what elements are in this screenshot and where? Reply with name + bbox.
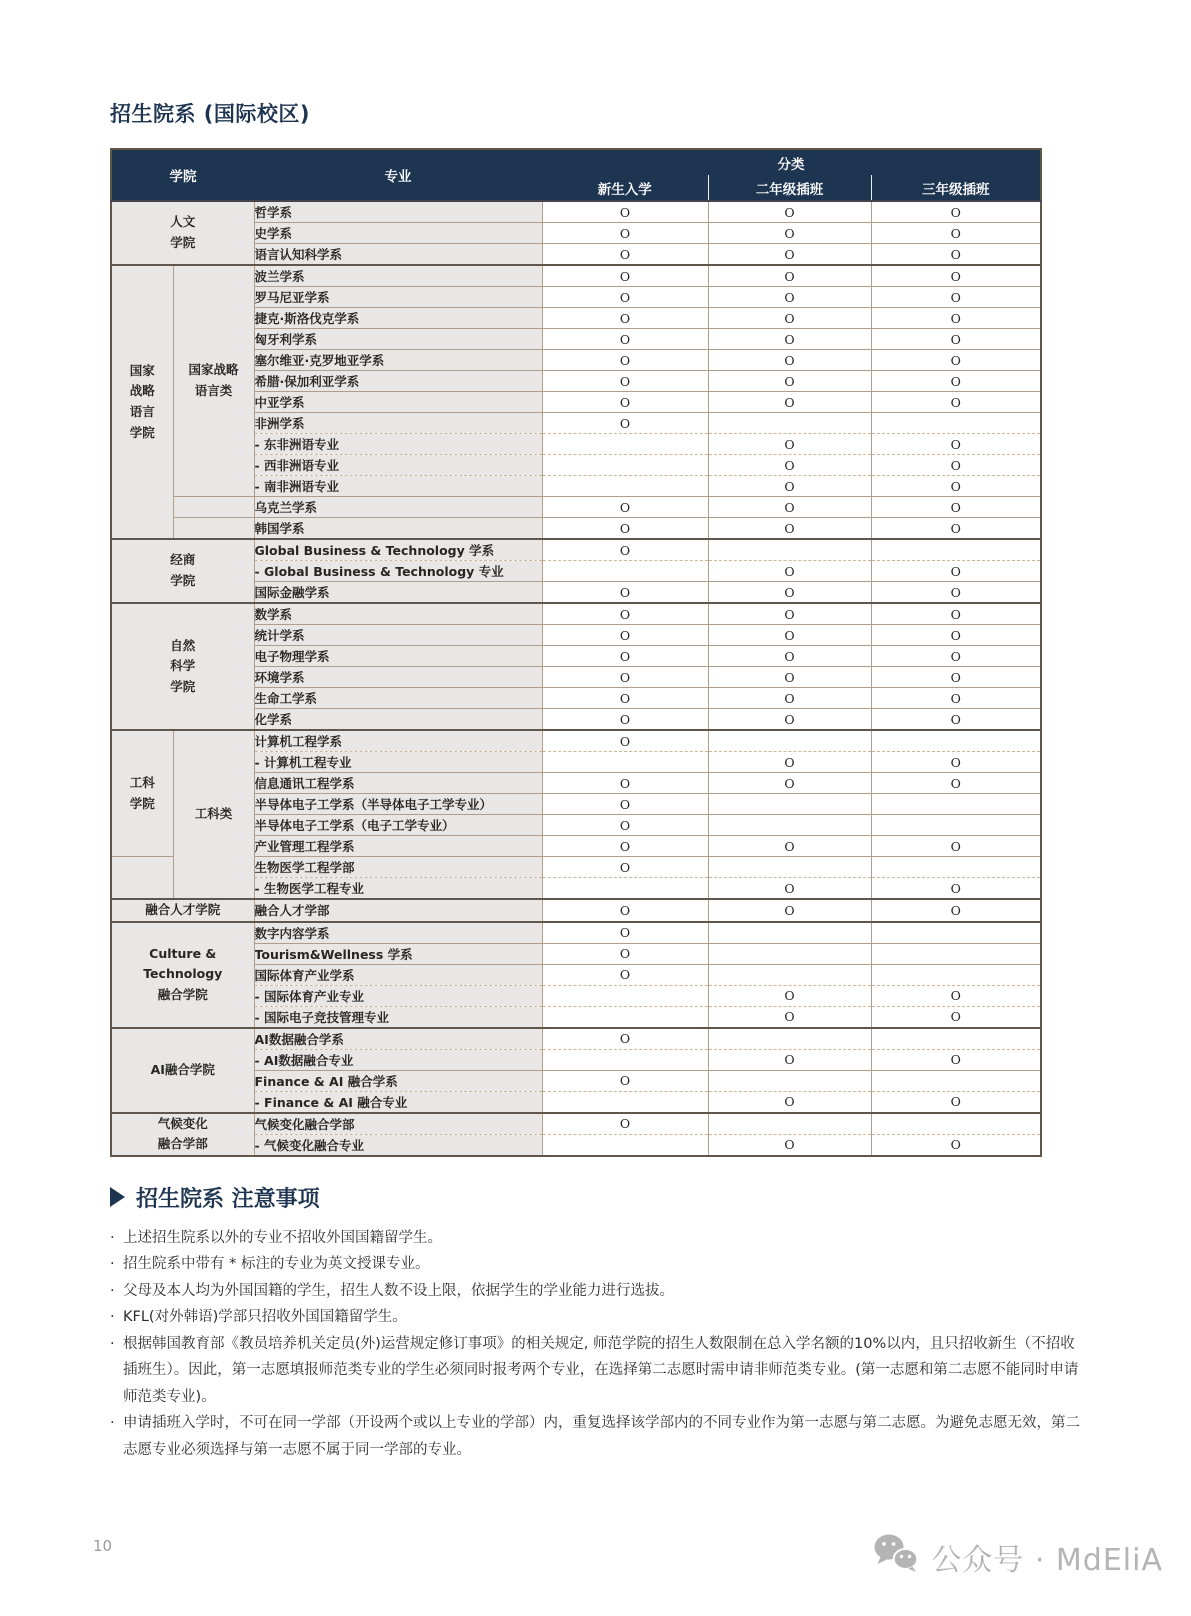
mark-cell: O (542, 539, 708, 561)
mark-cell: O (708, 561, 871, 582)
notes-list: ·上述招生院系以外的专业不招收外国国籍留学生。 ·招生院系中带有 * 标注的专业… (110, 1225, 1086, 1464)
mark-cell: O (871, 455, 1041, 476)
mark-cell: O (542, 899, 708, 922)
major-cell: 国际体育产业学系 (254, 964, 542, 985)
mark-cell: O (871, 625, 1041, 646)
mark-cell: O (871, 1134, 1041, 1156)
mark-cell: O (871, 350, 1041, 371)
mark-cell: O (871, 1049, 1041, 1070)
mark-cell: O (871, 752, 1041, 773)
bullet-icon: · (110, 1225, 115, 1252)
major-cell: 气候变化融合学部 (254, 1113, 542, 1135)
table-row: 自然 科学 学院数学系OOO (111, 603, 1041, 625)
major-cell: - 南非洲语专业 (254, 476, 542, 497)
mark-cell: O (708, 1006, 871, 1028)
mark-cell (708, 730, 871, 752)
note-item: ·根据韩国教育部《教员培养机关定员(外)运营规定修订事项》的相关规定, 师范学院… (110, 1331, 1086, 1411)
college-cell: Culture & Technology 融合学院 (111, 922, 254, 1028)
mark-cell: O (708, 1134, 871, 1156)
mark-cell: O (871, 646, 1041, 667)
bullet-icon: · (110, 1304, 115, 1331)
mark-cell: O (542, 857, 708, 878)
bullet-icon: · (110, 1331, 115, 1358)
mark-cell: O (708, 201, 871, 223)
mark-cell: O (871, 878, 1041, 900)
mark-cell (871, 1028, 1041, 1050)
mark-cell: O (708, 497, 871, 518)
mark-cell: O (542, 413, 708, 434)
watermark: 公众号 · MdEliA (872, 1532, 1163, 1581)
mark-cell: O (708, 773, 871, 794)
table-row: 人文 学院哲学系OOO (111, 201, 1041, 223)
mark-cell (871, 794, 1041, 815)
mark-cell: O (871, 582, 1041, 604)
college-section: 气候变化 融合学部气候变化融合学部O- 气候变化融合专业OO (111, 1113, 1041, 1156)
college-cell (111, 857, 173, 900)
mark-cell: O (542, 308, 708, 329)
mark-cell: O (542, 943, 708, 964)
mark-cell (708, 1028, 871, 1050)
header-subcol: 新生入学 (542, 175, 708, 201)
mark-cell (871, 539, 1041, 561)
mark-cell: O (871, 476, 1041, 497)
mark-cell: O (871, 329, 1041, 350)
mark-cell: O (708, 878, 871, 900)
mark-cell: O (708, 899, 871, 922)
notes-heading: 招生院系 注意事项 (110, 1182, 1086, 1213)
bullet-icon: · (110, 1410, 115, 1437)
college-section: Culture & Technology 融合学院数字内容学系OTourism&… (111, 922, 1041, 1028)
major-cell: 信息通讯工程学系 (254, 773, 542, 794)
mark-cell (708, 413, 871, 434)
mark-cell: O (708, 265, 871, 287)
watermark-text: 公众号 · MdEliA (931, 1535, 1163, 1579)
mark-cell: O (708, 646, 871, 667)
mark-cell (542, 561, 708, 582)
major-cell: Tourism&Wellness 学系 (254, 943, 542, 964)
mark-cell: O (871, 201, 1041, 223)
mark-cell (871, 922, 1041, 944)
mark-cell: O (871, 688, 1041, 709)
header-category: 分类 (542, 149, 1041, 175)
mark-cell: O (708, 223, 871, 244)
notes-heading-label: 招生院系 注意事项 (136, 1182, 320, 1213)
mark-cell: O (871, 518, 1041, 540)
mark-cell: O (542, 815, 708, 836)
mark-cell: O (871, 985, 1041, 1006)
mark-cell: O (542, 518, 708, 540)
major-cell: 生命工学系 (254, 688, 542, 709)
mark-cell: O (542, 730, 708, 752)
bullet-icon: · (110, 1251, 115, 1278)
mark-cell: O (542, 1028, 708, 1050)
mark-cell: O (871, 497, 1041, 518)
mark-cell: O (871, 1006, 1041, 1028)
mark-cell: O (708, 709, 871, 731)
major-cell: 统计学系 (254, 625, 542, 646)
major-cell: 数字内容学系 (254, 922, 542, 944)
mark-cell: O (542, 688, 708, 709)
mark-cell: O (708, 455, 871, 476)
mark-cell: O (708, 287, 871, 308)
major-cell: 韩国学系 (254, 518, 542, 540)
header-subcol: 二年级插班 (708, 175, 871, 201)
mark-cell (708, 922, 871, 944)
mark-cell: O (871, 603, 1041, 625)
table-row: AI融合学院AI数据融合学系O (111, 1028, 1041, 1050)
mark-cell (542, 434, 708, 455)
subgroup-cell: 国家战略 语言类 (173, 265, 254, 497)
mark-cell: O (542, 201, 708, 223)
major-cell: - Finance & AI 融合专业 (254, 1091, 542, 1113)
mark-cell: O (542, 1113, 708, 1135)
mark-cell (871, 1113, 1041, 1135)
admission-departments-table: 学院专业分类新生入学二年级插班三年级插班人文 学院哲学系OOO史学系OOO语言认… (110, 148, 1042, 1157)
note-item: ·申请插班入学时，不可在同一学部（开设两个或以上专业的学部）内，重复选择该学部内… (110, 1410, 1086, 1463)
mark-cell (871, 1070, 1041, 1091)
major-cell: - 国际电子竞技管理专业 (254, 1006, 542, 1028)
college-cell: 自然 科学 学院 (111, 603, 254, 730)
mark-cell: O (708, 603, 871, 625)
major-cell: - Global Business & Technology 专业 (254, 561, 542, 582)
mark-cell (708, 943, 871, 964)
major-cell: - 气候变化融合专业 (254, 1134, 542, 1156)
table-row: 融合人才学院融合人才学部OOO (111, 899, 1041, 922)
mark-cell (708, 1113, 871, 1135)
subgroup-cell (173, 497, 254, 518)
header-college: 学院 (111, 149, 254, 201)
mark-cell: O (542, 603, 708, 625)
college-section: 国家 战略 语言 学院国家战略 语言类波兰学系OOO罗马尼亚学系OOO捷克·斯洛… (111, 265, 1041, 539)
note-item: ·父母及本人均为外国国籍的学生，招生人数不设上限，依据学生的学业能力进行选拔。 (110, 1278, 1086, 1305)
mark-cell: O (871, 1091, 1041, 1113)
mark-cell: O (542, 350, 708, 371)
mark-cell: O (542, 836, 708, 857)
major-cell: - AI数据融合专业 (254, 1049, 542, 1070)
mark-cell: O (542, 794, 708, 815)
subgroup-cell: 工科类 (173, 730, 254, 899)
mark-cell: O (708, 836, 871, 857)
table-row: 气候变化 融合学部气候变化融合学部O (111, 1113, 1041, 1135)
bullet-icon: · (110, 1278, 115, 1305)
mark-cell: O (871, 773, 1041, 794)
major-cell: 产业管理工程学系 (254, 836, 542, 857)
mark-cell (708, 1070, 871, 1091)
college-cell: 融合人才学院 (111, 899, 254, 922)
mark-cell: O (542, 709, 708, 731)
mark-cell: O (708, 518, 871, 540)
mark-cell: O (708, 688, 871, 709)
mark-cell: O (708, 350, 871, 371)
mark-cell (871, 815, 1041, 836)
college-cell: 气候变化 融合学部 (111, 1113, 254, 1156)
mark-cell: O (871, 223, 1041, 244)
major-cell: 半导体电子工学系（电子工学专业） (254, 815, 542, 836)
mark-cell (871, 413, 1041, 434)
mark-cell: O (708, 329, 871, 350)
mark-cell (708, 857, 871, 878)
note-item: ·招生院系中带有 * 标注的专业为英文授课专业。 (110, 1251, 1086, 1278)
major-cell: 数学系 (254, 603, 542, 625)
major-cell: 匈牙利学系 (254, 329, 542, 350)
mark-cell: O (708, 308, 871, 329)
mark-cell: O (871, 434, 1041, 455)
mark-cell: O (542, 287, 708, 308)
mark-cell: O (708, 667, 871, 688)
mark-cell (542, 985, 708, 1006)
major-cell: 半导体电子工学系（半导体电子工学专业） (254, 794, 542, 815)
table-row: 韩国学系OOO (111, 518, 1041, 540)
college-section: 工科 学院工科类计算机工程学系O- 计算机工程专业OO信息通讯工程学系OOO半导… (111, 730, 1041, 899)
college-section: 人文 学院哲学系OOO史学系OOO语言认知科学系OOO (111, 201, 1041, 265)
mark-cell: O (708, 752, 871, 773)
mark-cell (871, 964, 1041, 985)
major-cell: Global Business & Technology 学系 (254, 539, 542, 561)
mark-cell: O (708, 244, 871, 266)
mark-cell: O (542, 667, 708, 688)
major-cell: 化学系 (254, 709, 542, 731)
major-cell: - 西非洲语专业 (254, 455, 542, 476)
mark-cell: O (871, 392, 1041, 413)
page-title: 招生院系 (国际校区) (110, 98, 1086, 128)
major-cell: 环境学系 (254, 667, 542, 688)
page-number: 10 (93, 1537, 112, 1555)
subgroup-cell (173, 518, 254, 540)
mark-cell (708, 539, 871, 561)
mark-cell: O (708, 582, 871, 604)
major-cell: 哲学系 (254, 201, 542, 223)
mark-cell: O (542, 625, 708, 646)
mark-cell (542, 1006, 708, 1028)
mark-cell: O (708, 434, 871, 455)
major-cell: 生物医学工程学部 (254, 857, 542, 878)
mark-cell: O (871, 244, 1041, 266)
major-cell: 波兰学系 (254, 265, 542, 287)
college-cell: AI融合学院 (111, 1028, 254, 1113)
mark-cell (542, 455, 708, 476)
major-cell: 中亚学系 (254, 392, 542, 413)
mark-cell: O (542, 497, 708, 518)
major-cell: - 生物医学工程专业 (254, 878, 542, 900)
college-cell: 经商 学院 (111, 539, 254, 603)
mark-cell (542, 878, 708, 900)
college-cell: 国家 战略 语言 学院 (111, 265, 173, 539)
mark-cell: O (708, 476, 871, 497)
table-row: 经商 学院Global Business & Technology 学系O (111, 539, 1041, 561)
mark-cell: O (542, 265, 708, 287)
mark-cell: O (871, 709, 1041, 731)
mark-cell (542, 1134, 708, 1156)
mark-cell (871, 857, 1041, 878)
mark-cell: O (542, 371, 708, 392)
mark-cell (708, 794, 871, 815)
page-content: 招生院系 (国际校区) 学院专业分类新生入学二年级插班三年级插班人文 学院哲学系… (110, 98, 1086, 1463)
mark-cell: O (542, 1070, 708, 1091)
note-item: ·上述招生院系以外的专业不招收外国国籍留学生。 (110, 1225, 1086, 1252)
major-cell: 融合人才学部 (254, 899, 542, 922)
major-cell: 非洲学系 (254, 413, 542, 434)
major-cell: 电子物理学系 (254, 646, 542, 667)
mark-cell: O (871, 287, 1041, 308)
major-cell: 乌克兰学系 (254, 497, 542, 518)
college-section: AI融合学院AI数据融合学系O- AI数据融合专业OOFinance & AI … (111, 1028, 1041, 1113)
mark-cell (871, 730, 1041, 752)
mark-cell: O (708, 985, 871, 1006)
college-cell: 人文 学院 (111, 201, 254, 265)
table-row: 工科 学院工科类计算机工程学系O (111, 730, 1041, 752)
mark-cell: O (542, 329, 708, 350)
mark-cell: O (542, 223, 708, 244)
table-row: 国家 战略 语言 学院国家战略 语言类波兰学系OOO (111, 265, 1041, 287)
wechat-icon (872, 1532, 920, 1581)
major-cell: 计算机工程学系 (254, 730, 542, 752)
mark-cell: O (871, 371, 1041, 392)
mark-cell: O (708, 1091, 871, 1113)
mark-cell: O (871, 667, 1041, 688)
major-cell: 捷克·斯洛伐克学系 (254, 308, 542, 329)
triangle-right-icon (110, 1187, 125, 1207)
mark-cell (871, 943, 1041, 964)
mark-cell (708, 815, 871, 836)
mark-cell: O (708, 371, 871, 392)
mark-cell: O (542, 964, 708, 985)
mark-cell: O (542, 646, 708, 667)
header-subcol: 三年级插班 (871, 175, 1041, 201)
major-cell: 希腊·保加利亚学系 (254, 371, 542, 392)
mark-cell (542, 1049, 708, 1070)
major-cell: 语言认知科学系 (254, 244, 542, 266)
mark-cell: O (708, 625, 871, 646)
mark-cell: O (708, 1049, 871, 1070)
major-cell: - 国际体育产业专业 (254, 985, 542, 1006)
mark-cell (542, 752, 708, 773)
mark-cell: O (708, 392, 871, 413)
table-row: Culture & Technology 融合学院数字内容学系O (111, 922, 1041, 944)
major-cell: AI数据融合学系 (254, 1028, 542, 1050)
major-cell: Finance & AI 融合学系 (254, 1070, 542, 1091)
college-section: 融合人才学院融合人才学部OOO (111, 899, 1041, 922)
mark-cell: O (871, 899, 1041, 922)
mark-cell (542, 476, 708, 497)
college-section: 经商 学院Global Business & Technology 学系O- G… (111, 539, 1041, 603)
header-major: 专业 (254, 149, 542, 201)
mark-cell: O (871, 561, 1041, 582)
mark-cell: O (542, 773, 708, 794)
mark-cell: O (542, 392, 708, 413)
mark-cell: O (871, 265, 1041, 287)
note-item: ·KFL(对外韩语)学部只招收外国国籍留学生。 (110, 1304, 1086, 1331)
mark-cell: O (871, 836, 1041, 857)
major-cell: 国际金融学系 (254, 582, 542, 604)
major-cell: 塞尔维亚·克罗地亚学系 (254, 350, 542, 371)
college-cell: 工科 学院 (111, 730, 173, 857)
college-section: 自然 科学 学院数学系OOO统计学系OOO电子物理学系OOO环境学系OOO生命工… (111, 603, 1041, 730)
mark-cell (708, 964, 871, 985)
mark-cell: O (871, 308, 1041, 329)
major-cell: - 东非洲语专业 (254, 434, 542, 455)
mark-cell: O (542, 582, 708, 604)
major-cell: 罗马尼亚学系 (254, 287, 542, 308)
mark-cell: O (542, 244, 708, 266)
mark-cell (542, 1091, 708, 1113)
major-cell: 史学系 (254, 223, 542, 244)
table-row: 乌克兰学系OOO (111, 497, 1041, 518)
mark-cell: O (542, 922, 708, 944)
major-cell: - 计算机工程专业 (254, 752, 542, 773)
